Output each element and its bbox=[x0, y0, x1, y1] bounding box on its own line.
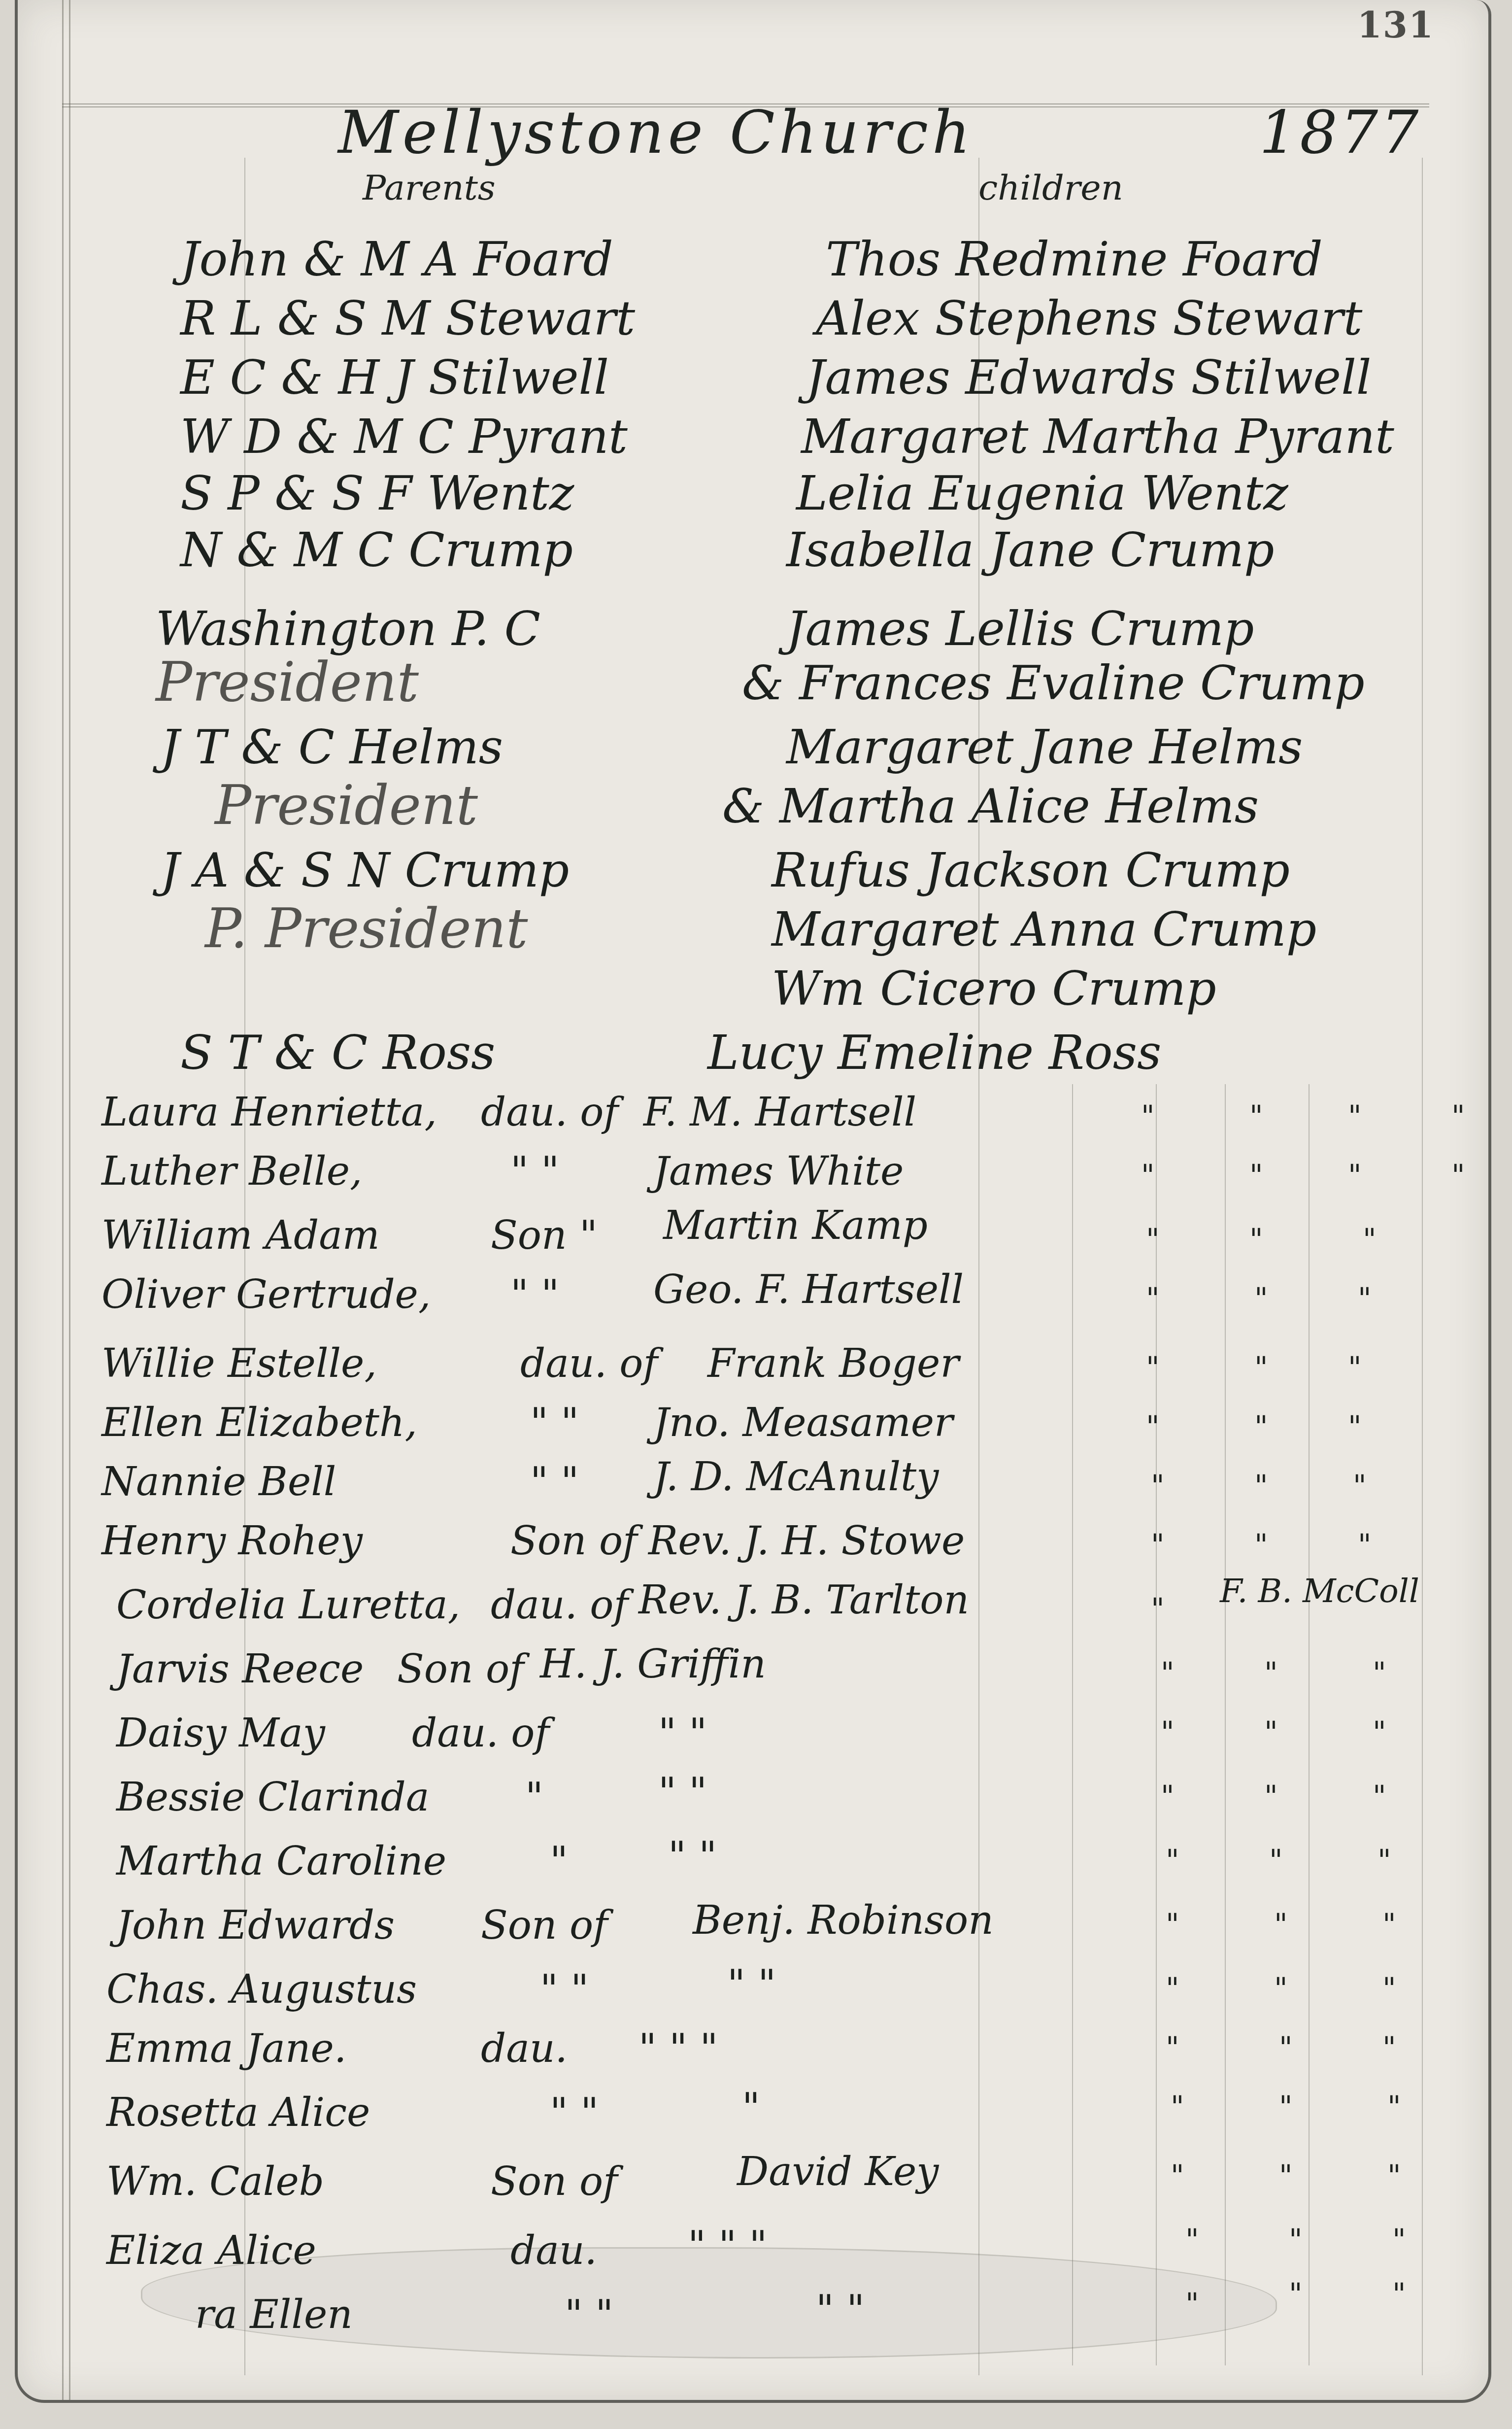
ditto-mark: " bbox=[1348, 1350, 1362, 1385]
father-name: Benj. Robinson bbox=[693, 1897, 994, 1943]
father-name: F. M. Hartsell bbox=[643, 1089, 916, 1135]
child-name: James Edwards Stilwell bbox=[806, 350, 1372, 405]
ditto-mark: " bbox=[1451, 1099, 1465, 1133]
president-signature: P. President bbox=[205, 897, 528, 960]
left-margin-rule-inner bbox=[69, 0, 70, 2400]
column-rule bbox=[1072, 1084, 1073, 2365]
ditto-mark: " bbox=[1348, 1158, 1362, 1193]
child-name: Wm. Caleb bbox=[106, 2158, 324, 2204]
relation: " bbox=[525, 1774, 543, 1820]
relation: " " bbox=[540, 1966, 589, 2012]
ditto-mark: " bbox=[1166, 2030, 1179, 2065]
relation: dau. bbox=[510, 2227, 597, 2273]
ditto-mark: " bbox=[1185, 2223, 1199, 2257]
parents-name: J A & S N Crump bbox=[161, 843, 569, 898]
father-name: " " bbox=[668, 1833, 717, 1879]
ditto-mark: " bbox=[1254, 1281, 1268, 1316]
column-rule bbox=[1422, 158, 1423, 2375]
child-name: Cordelia Luretta, bbox=[116, 1582, 460, 1628]
child-name: Margaret Jane Helms bbox=[786, 719, 1303, 775]
child-name: Alex Stephens Stewart bbox=[816, 291, 1362, 346]
ditto-mark: " bbox=[1373, 1779, 1386, 1813]
father-name: Jno. Measamer bbox=[653, 1400, 953, 1445]
relation: " " bbox=[530, 1400, 579, 1445]
ditto-mark: " bbox=[1254, 1469, 1268, 1503]
relation: " " bbox=[530, 1459, 579, 1505]
ditto-mark: " bbox=[1161, 1779, 1175, 1813]
ditto-mark: " bbox=[1249, 1222, 1263, 1257]
child-name: Chas. Augustus bbox=[106, 1966, 417, 2012]
father-name: " " " bbox=[688, 2223, 767, 2268]
column-rule bbox=[1156, 1084, 1157, 2365]
page-number: 131 bbox=[1357, 4, 1434, 46]
ditto-mark: " bbox=[1171, 2089, 1184, 2124]
relation: Son of bbox=[481, 1902, 608, 1948]
relation: " " bbox=[550, 2089, 599, 2135]
ditto-mark: " bbox=[1353, 1469, 1367, 1503]
father-name: " " " bbox=[638, 2025, 718, 2071]
father-name: David Key bbox=[737, 2149, 939, 2194]
ditto-mark: " bbox=[1279, 2158, 1293, 2193]
ditto-mark: " bbox=[1141, 1158, 1155, 1193]
ditto-mark: " bbox=[1151, 1592, 1165, 1626]
ditto-mark: " bbox=[1254, 1350, 1268, 1385]
child-name: Eliza Alice bbox=[106, 2227, 316, 2273]
column-rule bbox=[1225, 1084, 1226, 2365]
ditto-mark: " bbox=[1264, 1779, 1278, 1813]
ditto-mark: " bbox=[1363, 1222, 1377, 1257]
child-name: Rufus Jackson Crump bbox=[772, 843, 1290, 898]
ditto-mark: " bbox=[1151, 1528, 1165, 1562]
ditto-mark: " bbox=[1171, 2158, 1184, 2193]
child-name: Wm Cicero Crump bbox=[772, 961, 1216, 1016]
child-name: Margaret Martha Pyrant bbox=[801, 409, 1394, 464]
parents-name: R L & S M Stewart bbox=[180, 291, 635, 346]
ditto-mark: " bbox=[1279, 2089, 1293, 2124]
ditto-mark: " bbox=[1264, 1715, 1278, 1749]
ditto-mark: " bbox=[1382, 1907, 1396, 1942]
parents-name: John & M A Foard bbox=[180, 232, 613, 287]
father-name: James White bbox=[653, 1148, 904, 1194]
president-signature: President bbox=[215, 774, 478, 837]
ditto-mark: " bbox=[1392, 2223, 1406, 2257]
ditto-mark: " bbox=[1249, 1099, 1263, 1133]
ditto-mark: " bbox=[1382, 2030, 1396, 2065]
father-name: Rev. J. B. Tarlton bbox=[638, 1577, 969, 1623]
ditto-mark: " bbox=[1373, 1715, 1386, 1749]
ditto-mark: " bbox=[1161, 1715, 1175, 1749]
ditto-mark: " bbox=[1451, 1158, 1465, 1193]
child-name: John Edwards bbox=[116, 1902, 395, 1948]
child-name: Jarvis Reece bbox=[116, 1646, 364, 1692]
parents-name: N & M C Crump bbox=[180, 522, 573, 578]
child-name: Martha Caroline bbox=[116, 1838, 446, 1884]
relation: dau. of bbox=[520, 1340, 658, 1386]
ditto-mark: " bbox=[1254, 1409, 1268, 1444]
president-signature: President bbox=[156, 650, 419, 714]
ditto-mark: " bbox=[1289, 2223, 1303, 2257]
ditto-mark: " bbox=[1146, 1350, 1160, 1385]
relation: " bbox=[550, 1838, 568, 1884]
relation: dau. of bbox=[412, 1710, 549, 1756]
child-name: Nannie Bell bbox=[101, 1459, 336, 1505]
ditto-mark: " bbox=[1185, 2287, 1199, 2321]
parents-name: S T & C Ross bbox=[180, 1025, 495, 1080]
ditto-mark: " bbox=[1161, 1656, 1175, 1690]
ditto-mark: " bbox=[1166, 1971, 1179, 2006]
father-name: " " bbox=[816, 2287, 865, 2332]
child-name: Ellen Elizabeth, bbox=[101, 1400, 417, 1445]
ditto-mark: " bbox=[1166, 1843, 1179, 1878]
ditto-mark: " bbox=[1378, 1843, 1391, 1878]
child-name: Daisy May bbox=[116, 1710, 325, 1756]
father-name: " " bbox=[658, 1769, 707, 1815]
ditto-mark: " bbox=[1382, 1971, 1396, 2006]
father-name: " bbox=[742, 2085, 760, 2130]
ditto-mark: " bbox=[1254, 1528, 1268, 1562]
ditto-mark: " bbox=[1151, 1469, 1165, 1503]
father-name: " " bbox=[727, 1961, 776, 2007]
relation: " " bbox=[510, 1148, 559, 1194]
child-name: Luther Belle, bbox=[101, 1148, 362, 1194]
ditto-mark: " bbox=[1146, 1409, 1160, 1444]
relation: Son " bbox=[491, 1212, 598, 1258]
ditto-mark: " bbox=[1264, 1656, 1278, 1690]
parents-name: S P & S F Wentz bbox=[180, 466, 574, 521]
father-name: J. D. McAnulty bbox=[653, 1454, 939, 1500]
father-name: Geo. F. Hartsell bbox=[653, 1266, 964, 1312]
children-column-header: children bbox=[978, 168, 1123, 208]
relation: Son of bbox=[510, 1518, 638, 1564]
child-name: Rosetta Alice bbox=[106, 2089, 370, 2135]
page-title: Mellystone Church bbox=[338, 99, 974, 167]
register-year: 1877 bbox=[1259, 99, 1421, 167]
officiant-name: F. B. McColl bbox=[1220, 1572, 1419, 1610]
relation: dau. of bbox=[491, 1582, 628, 1628]
ditto-mark: " bbox=[1348, 1099, 1362, 1133]
parents-name: E C & H J Stilwell bbox=[180, 350, 609, 405]
child-name: Oliver Gertrude, bbox=[101, 1271, 431, 1317]
ditto-mark: " bbox=[1269, 1843, 1283, 1878]
parents-name: W D & M C Pyrant bbox=[180, 409, 628, 464]
child-name: William Adam bbox=[101, 1212, 380, 1258]
ditto-mark: " bbox=[1166, 1907, 1179, 1942]
child-name: Laura Henrietta, bbox=[101, 1089, 437, 1135]
ditto-mark: " bbox=[1141, 1099, 1155, 1133]
child-name: James Lellis Crump bbox=[786, 601, 1254, 656]
child-name: & Frances Evaline Crump bbox=[742, 655, 1365, 711]
father-name: Rev. J. H. Stowe bbox=[648, 1518, 965, 1564]
relation: Son of bbox=[397, 1646, 524, 1692]
ditto-mark: " bbox=[1289, 2277, 1303, 2311]
column-rule bbox=[1309, 1084, 1310, 2365]
father-name: " " bbox=[658, 1710, 707, 1756]
ditto-mark: " bbox=[1274, 1907, 1288, 1942]
ditto-mark: " bbox=[1146, 1222, 1160, 1257]
child-name: & Martha Alice Helms bbox=[722, 779, 1259, 834]
child-name: Willie Estelle, bbox=[101, 1340, 377, 1386]
ditto-mark: " bbox=[1387, 2158, 1401, 2193]
ditto-mark: " bbox=[1358, 1528, 1372, 1562]
ditto-mark: " bbox=[1392, 2277, 1406, 2311]
relation: dau. of bbox=[481, 1089, 618, 1135]
relation: " " bbox=[510, 1271, 559, 1317]
ditto-mark: " bbox=[1348, 1409, 1362, 1444]
relation: " " bbox=[565, 2292, 613, 2337]
left-margin-rule bbox=[62, 0, 64, 2400]
child-name: Margaret Anna Crump bbox=[772, 902, 1316, 957]
ditto-mark: " bbox=[1249, 1158, 1263, 1193]
ditto-mark: " bbox=[1387, 2089, 1401, 2124]
child-name: Thos Redmine Foard bbox=[826, 232, 1323, 287]
child-name: Bessie Clarinda bbox=[116, 1774, 429, 1820]
ditto-mark: " bbox=[1358, 1281, 1372, 1316]
father-name: Frank Boger bbox=[707, 1340, 959, 1386]
father-name: H. J. Griffin bbox=[540, 1641, 766, 1687]
parents-column-header: Parents bbox=[363, 168, 496, 208]
ditto-mark: " bbox=[1279, 2030, 1293, 2065]
parents-name: J T & C Helms bbox=[161, 719, 503, 775]
register-page: 131 Mellystone Church 1877 Parents child… bbox=[15, 0, 1491, 2403]
ditto-mark: " bbox=[1146, 1281, 1160, 1316]
relation: dau. bbox=[481, 2025, 568, 2071]
child-name: Isabella Jane Crump bbox=[786, 522, 1274, 578]
child-name: Lelia Eugenia Wentz bbox=[796, 466, 1288, 521]
child-name: Lucy Emeline Ross bbox=[707, 1025, 1161, 1080]
father-name: Martin Kamp bbox=[663, 1202, 928, 1248]
relation: Son of bbox=[491, 2158, 618, 2204]
ditto-mark: " bbox=[1274, 1971, 1288, 2006]
child-name: ra Ellen bbox=[195, 2292, 353, 2337]
ditto-mark: " bbox=[1373, 1656, 1386, 1690]
child-name: Henry Rohey bbox=[101, 1518, 363, 1564]
child-name: Emma Jane. bbox=[106, 2025, 346, 2071]
parents-name: Washington P. C bbox=[156, 601, 540, 656]
